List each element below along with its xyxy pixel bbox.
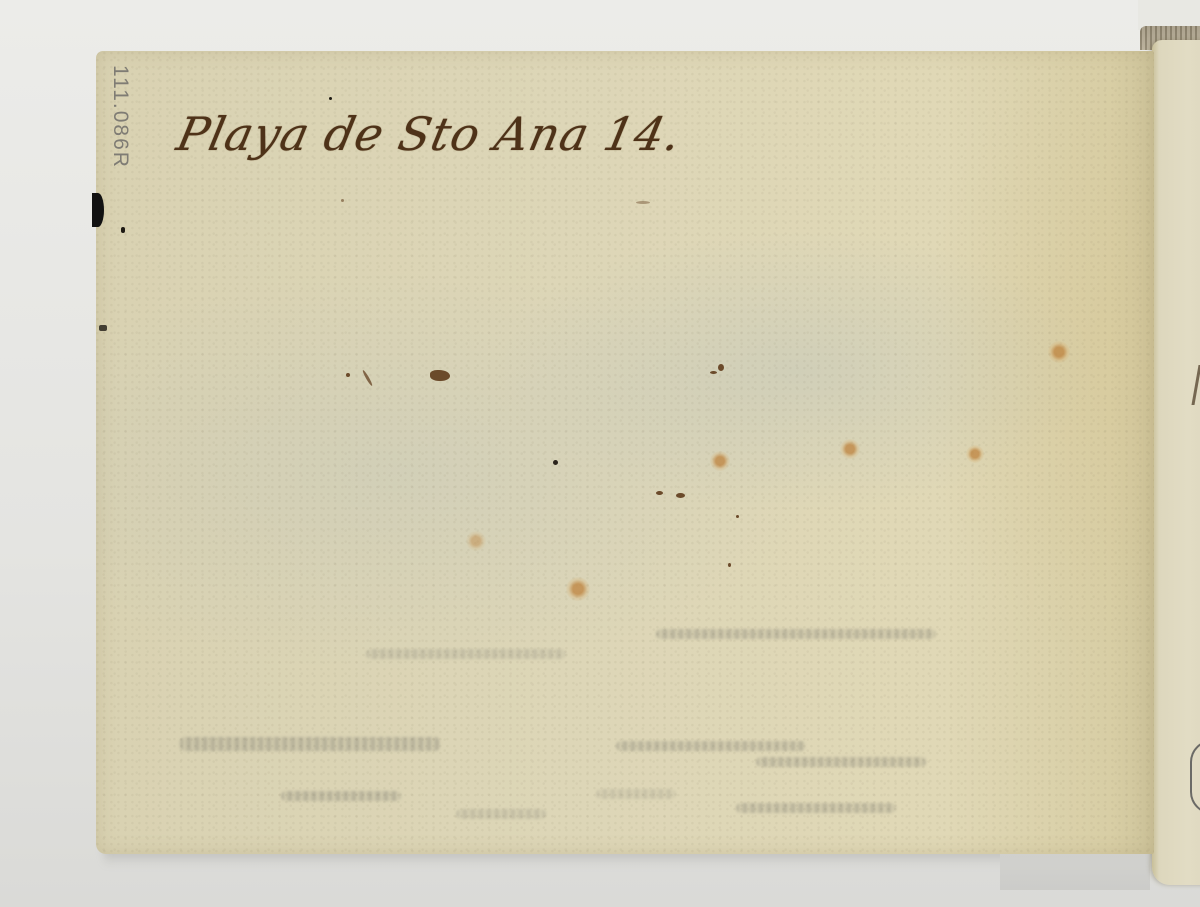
pencil-offset-mark <box>736 803 896 813</box>
ink-dot <box>329 97 332 100</box>
ink-dot <box>121 227 125 233</box>
pencil-offset-mark <box>756 757 926 767</box>
ink-speck <box>736 515 739 518</box>
pencil-offset-mark <box>281 791 401 801</box>
ink-speck <box>710 371 717 374</box>
ink-speck <box>341 199 344 202</box>
foxing-spot <box>710 451 730 471</box>
foxing-spot <box>566 577 590 601</box>
ink-speck <box>728 563 731 567</box>
pencil-offset-mark <box>596 789 676 799</box>
pencil-offset-mark <box>456 809 546 819</box>
foxing-spot <box>966 445 984 463</box>
sketchbook-page: 111.086R Playa de Sto Ana 14. <box>96 51 1154 854</box>
foxing-spot <box>840 439 860 459</box>
foxing-spot <box>1048 341 1070 363</box>
scan-backdrop: 111.086R Playa de Sto Ana 14. <box>0 0 1200 907</box>
ink-speck <box>718 364 724 371</box>
pencil-offset-mark <box>180 737 440 751</box>
catalog-number: 111.086R <box>108 65 132 169</box>
pencil-offset-mark <box>616 741 806 751</box>
ink-speck <box>676 493 685 498</box>
ink-speck <box>656 491 663 495</box>
foxing-spot <box>466 531 486 551</box>
adjacent-page-edge <box>1152 40 1200 885</box>
ink-blot <box>92 193 104 227</box>
ink-speck <box>636 201 650 204</box>
pencil-offset-mark <box>366 649 566 659</box>
ink-speck <box>346 373 350 377</box>
adjacent-page-ink-mark <box>1191 365 1200 405</box>
paper-texture <box>96 51 1154 854</box>
adjacent-page-pencil-mark <box>1190 740 1200 814</box>
ink-speck <box>430 370 450 381</box>
ink-dot <box>99 325 107 331</box>
ink-speck <box>553 460 558 465</box>
handwritten-inscription: Playa de Sto Ana 14. <box>172 107 686 161</box>
pencil-offset-mark <box>656 629 936 639</box>
